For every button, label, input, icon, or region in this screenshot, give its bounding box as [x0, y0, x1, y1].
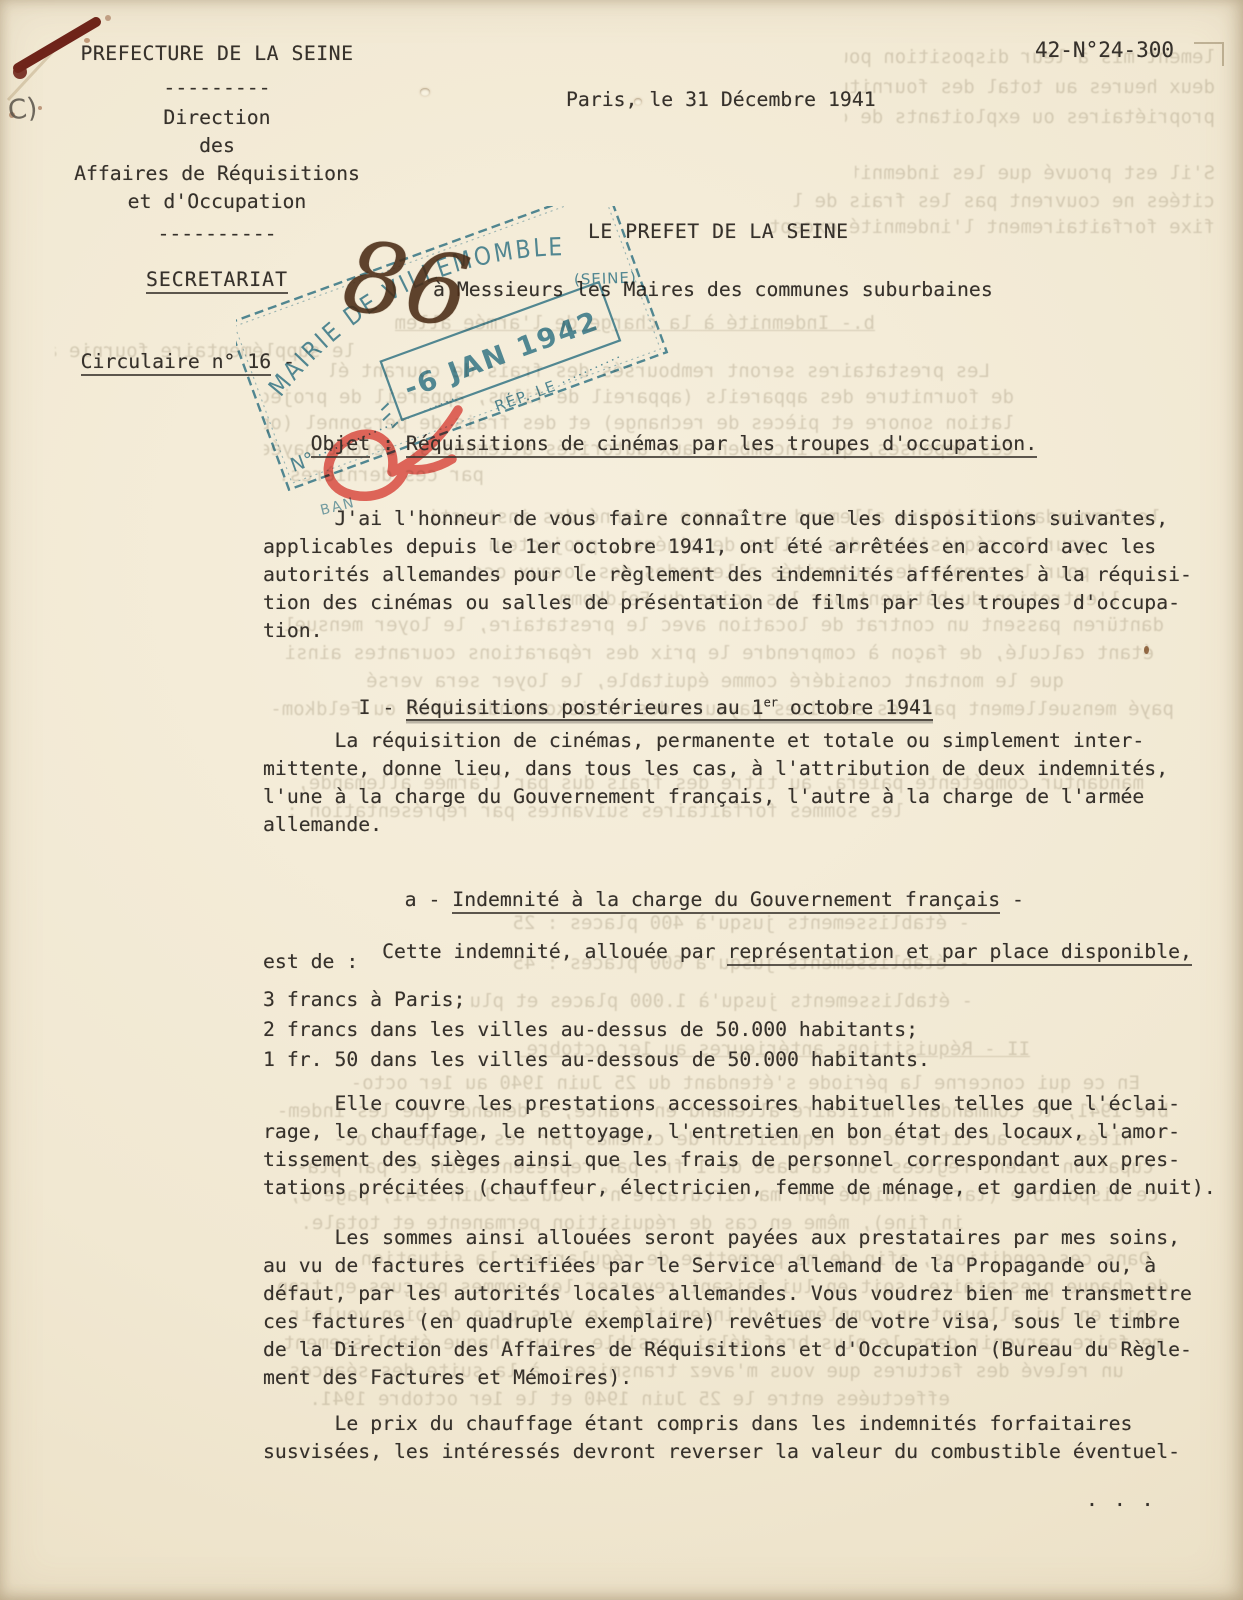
objet-line: Objet : Réquisitions de cinémas par les …	[263, 402, 1037, 486]
objet-separator: :	[370, 432, 406, 455]
direction-line: des	[52, 132, 382, 160]
paragraph-intro: J'ai l'honneur de vous faire connaître q…	[263, 505, 1243, 645]
ghost-line: propriétaires ou exploitants de cinémas.	[845, 104, 1215, 130]
section-1-numeral: I -	[359, 696, 407, 719]
dateline: Paris, le 31 Décembre 1941	[566, 86, 876, 114]
subsection-a-letter: a -	[405, 888, 453, 911]
ink-speck	[1144, 646, 1149, 654]
section-1-title-tail: octobre 1941	[778, 696, 933, 719]
subsection-a-tail: -	[1000, 888, 1024, 911]
paragraph-prestations: Elle couvre les prestations accessoires …	[263, 1090, 1243, 1202]
corner-mark	[1194, 42, 1224, 66]
paper-hole	[420, 88, 430, 96]
paragraph-requisition: La réquisition de cinémas, permanente et…	[263, 727, 1243, 839]
org-name: PREFECTURE DE LA SEINE	[52, 40, 382, 68]
paragraph-chauffage: Le prix du chauffage étant compris dans …	[263, 1410, 1243, 1466]
direction-line: Affaires de Réquisitions	[52, 160, 382, 188]
scanned-letter-page: le supplémentaire fournie aux troupeslem…	[0, 0, 1243, 1600]
paragraph-factures: Les sommes ainsi allouées seront payées …	[263, 1224, 1243, 1392]
handwritten-number: 86	[337, 227, 475, 343]
divider-dashes: ---------	[52, 74, 382, 102]
section-1-title-main: Réquisitions postérieures au 1	[406, 696, 763, 719]
ghost-line: S'il est prouvé que les indemnités déter…	[855, 160, 1215, 186]
objet-text: Réquisitions de cinémas par les troupes …	[406, 432, 1037, 458]
tariff-list: 3 francs à Paris; 2 francs dans les vill…	[263, 985, 1243, 1075]
section-1-title: Réquisitions postérieures au 1er octobre…	[406, 696, 933, 721]
paragraph-indemnite-line-2: est de :	[263, 948, 1243, 976]
reference-number: 42-N°24-300	[1035, 36, 1174, 64]
pencil-margin-note: C)	[6, 93, 38, 127]
section-1-title-sup: er	[764, 695, 778, 709]
objet-label: Objet	[311, 432, 371, 458]
direction-line: Direction	[52, 104, 382, 132]
ghost-line: deux heures au total des fournitures de …	[845, 74, 1215, 100]
stamp-seine-text: (SEINE)	[574, 269, 637, 289]
continuation-dots: . . .	[1086, 1486, 1156, 1514]
ghost-line: citées ne couvrent pas les frais de l'in…	[790, 188, 1215, 214]
